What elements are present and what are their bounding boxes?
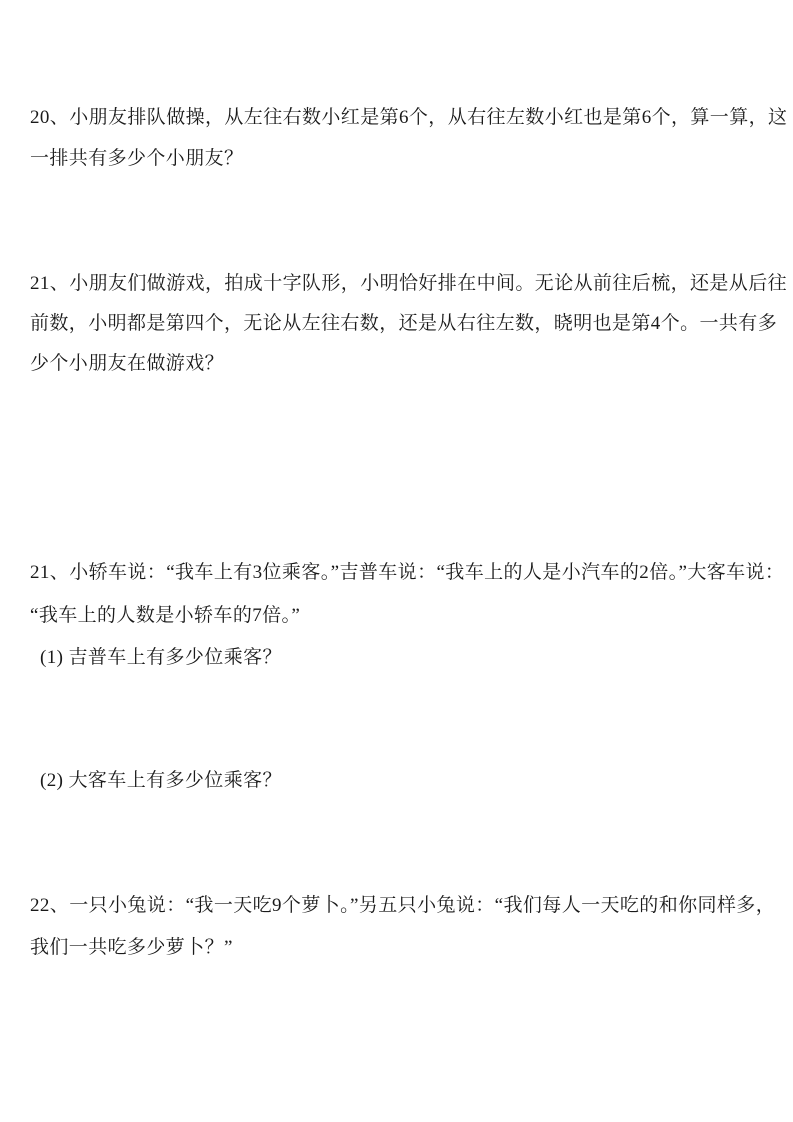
question-21-vehicles-line-1: 21、小轿车说：“我车上有3位乘客。”吉普车说：“我车上的人是小汽车的2倍。”大… bbox=[30, 561, 784, 585]
question-21-game-line-1: 21、小朋友们做游戏，拍成十字队形，小明恰好排在中间。无论从前往后梳，还是从后往 bbox=[30, 272, 787, 296]
worksheet-page: 20、小朋友排队做操，从左往右数小红是第6个，从右往左数小红也是第6个，算一算，… bbox=[0, 0, 793, 1122]
question-21-sub-question-1: (1) 吉普车上有多少位乘客？ bbox=[40, 646, 282, 670]
question-20-line-1: 20、小朋友排队做操，从左往右数小红是第6个，从右往左数小红也是第6个，算一算，… bbox=[30, 106, 787, 130]
question-21-sub-question-2: (2) 大客车上有多少位乘客？ bbox=[40, 769, 282, 793]
question-21-vehicles-line-2: “我车上的人数是小轿车的7倍。” bbox=[30, 604, 300, 628]
question-22-line-2: 我们一共吃多少萝卜？” bbox=[30, 936, 233, 960]
question-21-game-line-3: 少个小朋友在做游戏？ bbox=[30, 352, 224, 376]
question-21-game-line-2: 前数，小明都是第四个，无论从左往右数，还是从右往左数，晓明也是第4个。一共有多 bbox=[30, 312, 777, 336]
question-20-line-2: 一排共有多少个小朋友？ bbox=[30, 147, 243, 171]
question-22-line-1: 22、一只小兔说：“我一天吃9个萝卜。”另五只小兔说：“我们每人一天吃的和你同样… bbox=[30, 894, 775, 918]
